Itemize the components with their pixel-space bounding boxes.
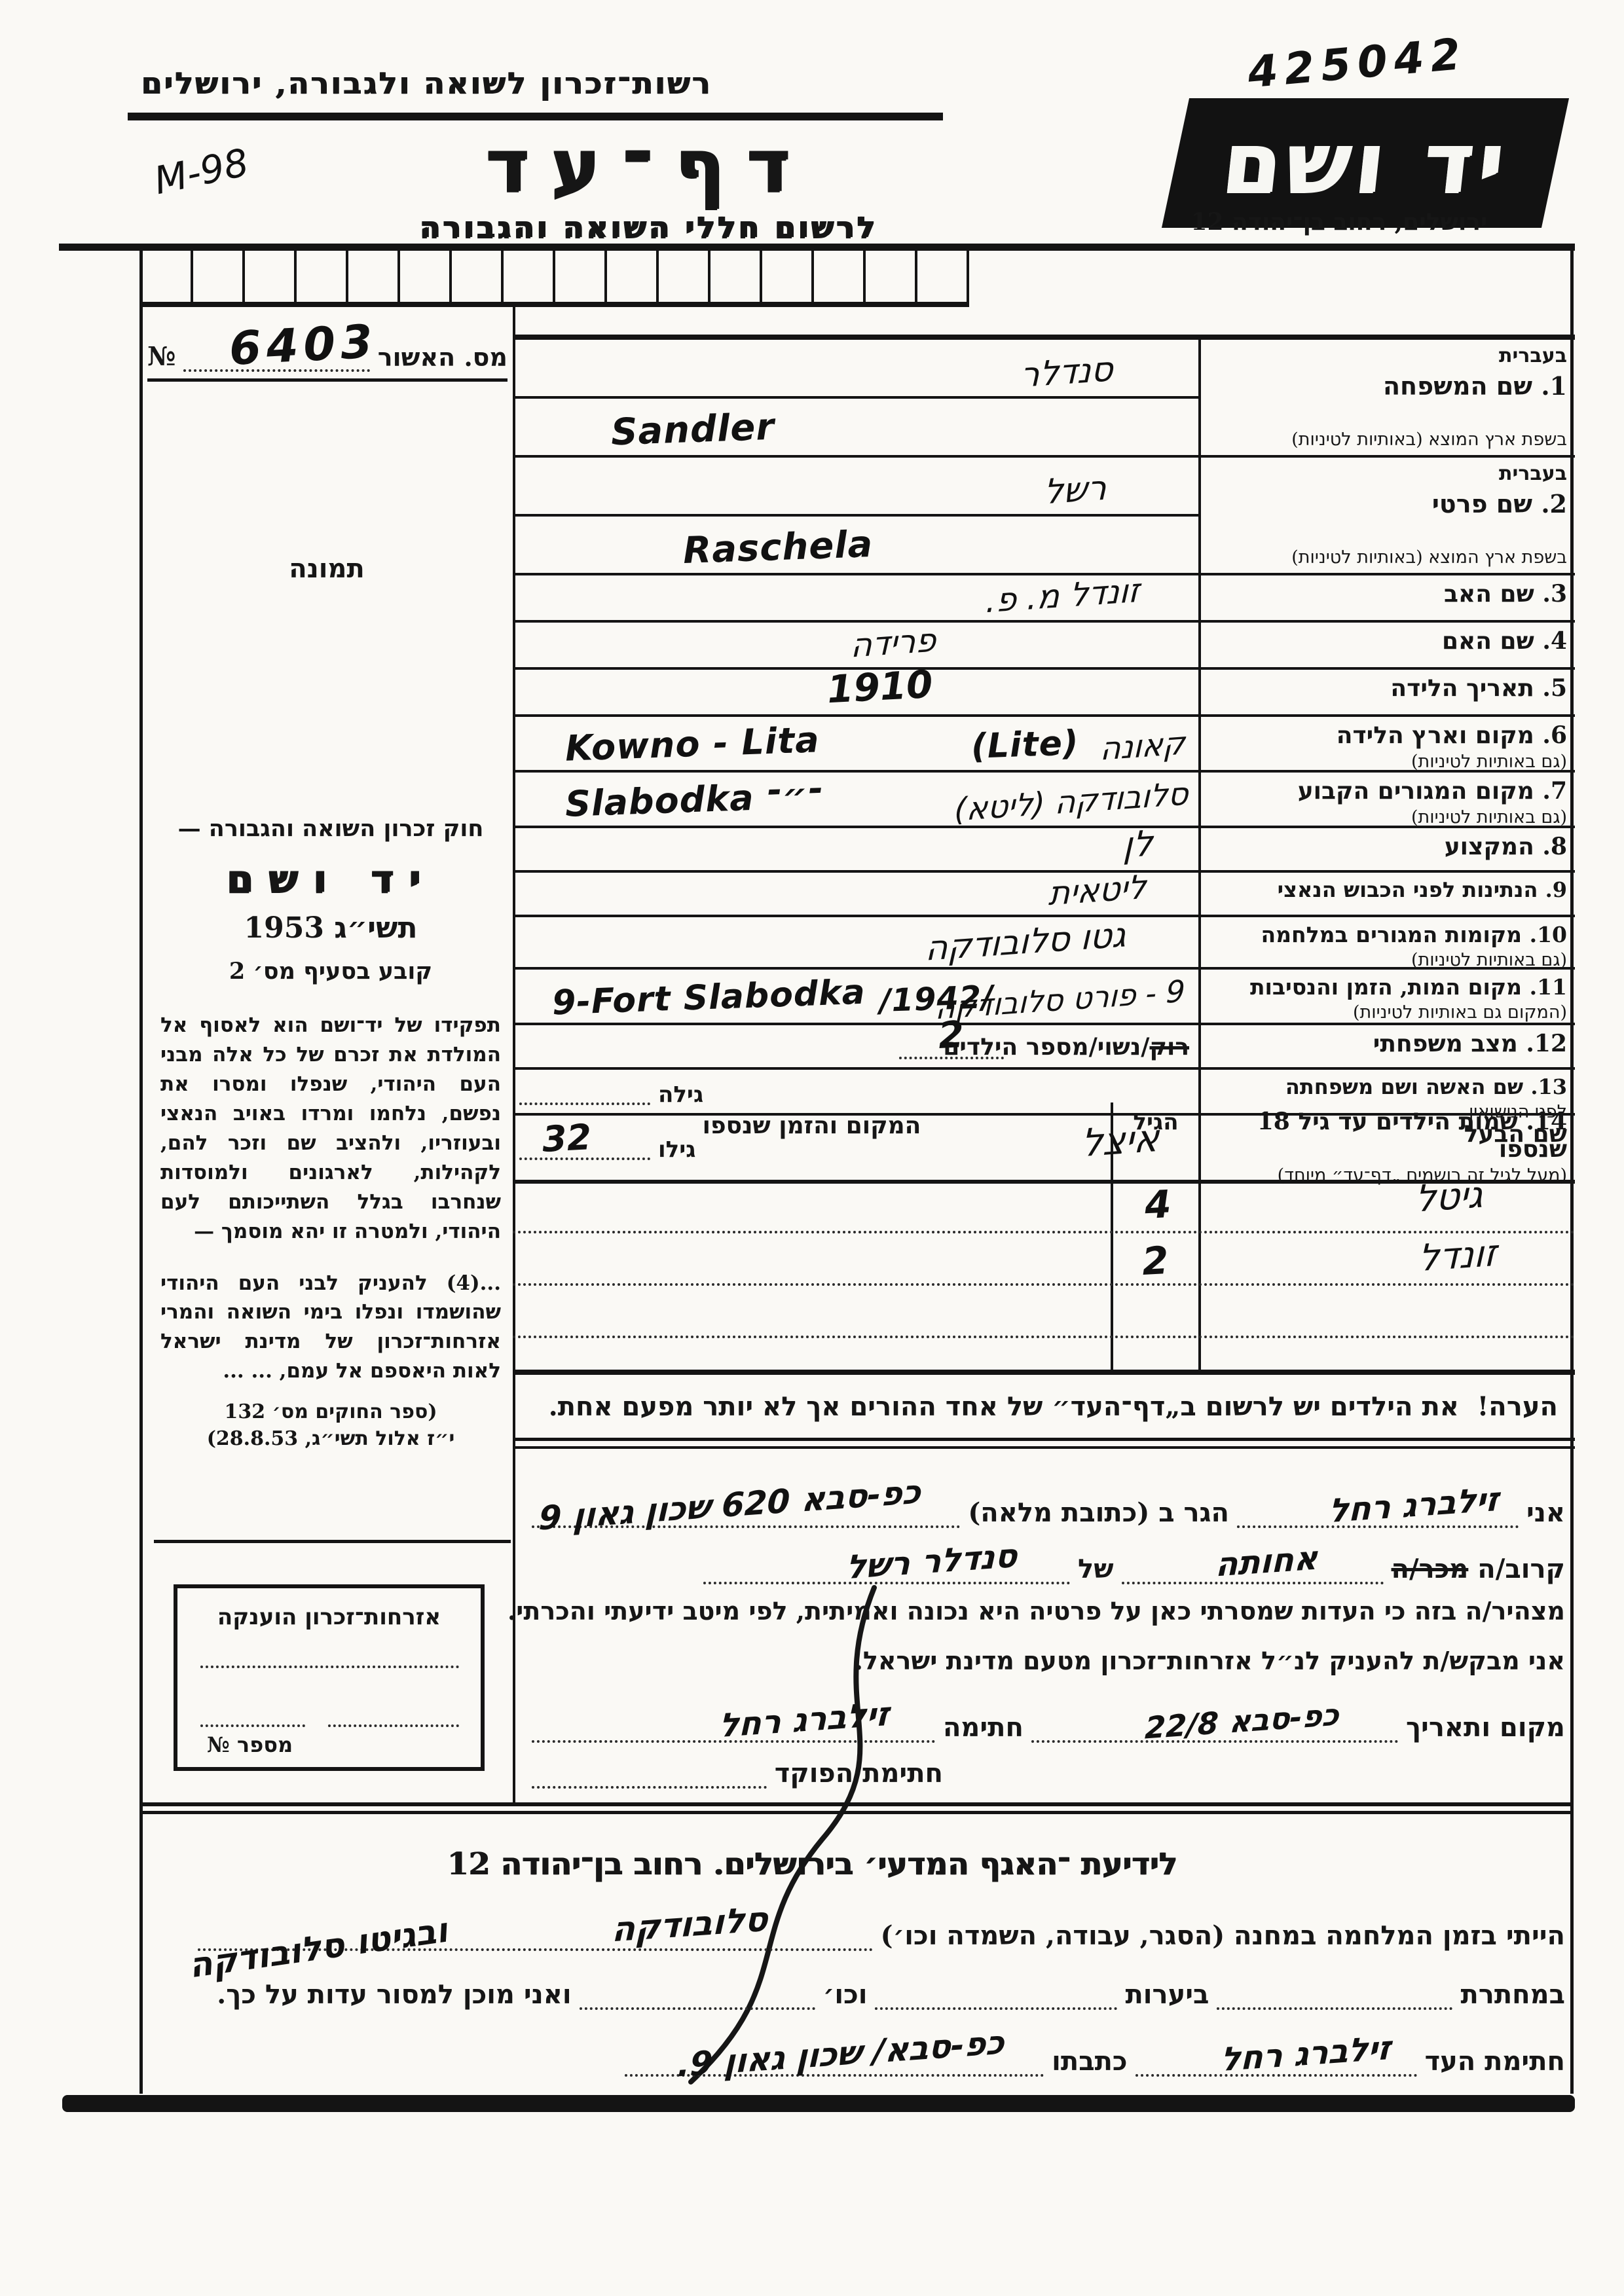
field-6-label: מקום וארץ הלידה xyxy=(1337,721,1534,749)
field-12-dotline xyxy=(899,1057,1004,1059)
law-heading-section: קובע בסעיף מס׳ 2 xyxy=(160,958,501,985)
note-row: הערה! את הילדים יש לרשום ב„דף־העד״ של אח… xyxy=(513,1375,1575,1438)
header-rule-left xyxy=(128,113,943,120)
bottom-line-underground: במחתרת ביערות וכו׳ ואני מוכן למסור עדות … xyxy=(196,1971,1565,2010)
field-6-answer-mid: (Lite) xyxy=(970,723,1080,767)
place-date-handwritten: כפ-סבא 22/8 xyxy=(1144,1697,1339,1746)
declaration-of-label: של xyxy=(1078,1554,1114,1584)
field-10-label: מקומות המגורים במלחמה xyxy=(1261,922,1522,947)
field-9-answer: ליטאית xyxy=(1048,868,1147,913)
field-9-label: הנתינות לפני הכבוש הנאצי xyxy=(1278,877,1538,902)
relation-handwritten: אחותה xyxy=(1215,1539,1318,1584)
forests-fill xyxy=(875,1975,1117,2010)
etc-fill xyxy=(580,1975,815,2010)
children-place-column-header: המקום והזמן שנספו xyxy=(513,1112,1111,1139)
approval-fill: 6403 xyxy=(183,337,369,372)
main-area-top-rule xyxy=(513,335,1575,340)
frame-left-border xyxy=(139,244,143,2094)
field-6-sublabel: (גם באותיות לטיניות) xyxy=(1205,752,1567,772)
yad-vashem-logo-text: יד ושם xyxy=(1217,114,1513,212)
field-row-birth-date: 5. תאריך הלידה 1910 xyxy=(513,670,1575,717)
field-row-profession: 8. המקצוע לן xyxy=(513,828,1575,873)
citizenship-dotline-1 xyxy=(200,1666,459,1668)
testimony-page-scan: רשות־זכרון לשואה ולגבורה, ירושלים M-98 ד… xyxy=(0,0,1624,2296)
page-title: דף־עד xyxy=(419,123,877,209)
children-row-divider-2 xyxy=(513,1283,1575,1286)
field-8-number: 8. xyxy=(1542,833,1567,860)
field-2-answer-hebrew: רשל xyxy=(1043,469,1107,513)
camp-handwritten: סלובודקה xyxy=(611,1900,768,1950)
citizenship-number-label: מספר № xyxy=(207,1732,293,1757)
declaration-i-label: אני xyxy=(1526,1497,1565,1528)
place-date-label: מקום ותאריך xyxy=(1406,1712,1565,1743)
field-11-answer-year: /1942/ xyxy=(879,979,995,1019)
witness-signature-label: חתימת העד xyxy=(1425,2046,1565,2077)
field-11-number: 11. xyxy=(1530,974,1567,1000)
bottom-double-rule-2 xyxy=(141,1811,1574,1814)
field-5-number: 5. xyxy=(1542,674,1567,702)
note-double-rule-2 xyxy=(513,1446,1575,1449)
field-row-permanent-residence: 7. מקום המגורים הקבוע (גם באותיות לטיניו… xyxy=(513,773,1575,828)
field-8-label: המקצוע xyxy=(1445,833,1534,860)
field-row-citizenship: 9. הנתינות לפני הכבוש הנאצי ליטאית xyxy=(513,873,1575,917)
field-row-birth-place: 6. מקום וארץ הלידה (גם באותיות לטיניות) … xyxy=(513,717,1575,773)
witness-name-handwritten: זילברג רחל xyxy=(1328,1480,1499,1530)
field-7-sublabel: (גם באותיות לטיניות) xyxy=(1205,807,1567,828)
field-2-number: 2. xyxy=(1541,489,1567,519)
field-1-sublabel: בשפת ארץ המוצא (באותיות לטיניות) xyxy=(1205,429,1567,450)
witness-address-bottom-handwritten: כפ-סבא/ שכון גאון 9. xyxy=(676,2023,1005,2084)
field-3-label: שם האב xyxy=(1444,580,1534,608)
field-6-answer-hebrew: קאונה xyxy=(1099,725,1185,767)
note-double-rule-1 xyxy=(513,1438,1575,1441)
field-row-mother-name: 4. שם האם פרידה xyxy=(513,623,1575,670)
field-2-lang-label: בעברית xyxy=(1205,463,1567,486)
declaration-relative-label: קרוב/ה xyxy=(1477,1554,1565,1584)
underground-label: במחתרת xyxy=(1460,1979,1565,2010)
field-2-sublabel: בשפת ארץ המוצא (באותיות לטיניות) xyxy=(1205,547,1567,568)
law-heading-yad-vashem: יד ושם xyxy=(160,856,501,901)
law-clause-paragraph: ‏...(4) להעניק לבני העם היהודי שהושמדו ו… xyxy=(160,1269,501,1387)
field-10-number: 10. xyxy=(1530,922,1567,947)
field-12-printed-struck: רוק xyxy=(1149,1033,1189,1061)
children-table-bottom-rule xyxy=(513,1370,1575,1375)
note-bold: הערה! xyxy=(1477,1391,1558,1422)
photo-label: תמונה xyxy=(141,553,513,584)
declaration-name-fill: זילברג רחל xyxy=(1237,1493,1519,1528)
law-heading-1: חוק זכרון השואה והגבורה — xyxy=(160,815,501,842)
field-6-number: 6. xyxy=(1542,721,1567,749)
field-13-number: 13. xyxy=(1530,1074,1567,1099)
field-3-number: 3. xyxy=(1542,580,1567,608)
approval-label: מס. האשור xyxy=(378,342,507,372)
field-row-family-name: בעברית 1. שם המשפחה בשפת ארץ המוצא (באות… xyxy=(513,340,1575,458)
children-row-divider-3 xyxy=(513,1336,1575,1338)
field-7-answer-latin: Slabodka ־״־ xyxy=(564,774,824,825)
child-2-age: 2 xyxy=(1141,1238,1170,1284)
law-body-paragraph: תפקידו של יד־ושם הוא לאסוף אל המולדת את … xyxy=(160,1011,501,1247)
field-2-label: שם פרטי xyxy=(1432,489,1532,519)
field-row-wartime-residence: 10. מקומות המגורים במלחמה (גם באותיות לט… xyxy=(513,917,1575,970)
field-11-sublabel: (המקום גם באותיות לטיניות) xyxy=(1205,1002,1567,1023)
field-4-answer: פרידה xyxy=(851,621,937,665)
field-3-answer: זונדל מ. פ. xyxy=(985,572,1140,621)
field-12-label: מצב משפחתי xyxy=(1373,1030,1518,1057)
field-7-label: מקום המגורים הקבוע xyxy=(1298,777,1534,805)
camp-fill: סלובודקה ובגיטו סלובודקה xyxy=(198,1916,873,1951)
field-5-answer: 1910 xyxy=(826,662,934,712)
top-rule xyxy=(59,244,1575,251)
approval-number-handwritten: 6403 xyxy=(228,314,379,376)
page-subtitle: לרשום חללי השואה והגבורה xyxy=(275,211,1022,244)
declaration-address-fill: כפ-סבא 620 שכון גאון 9 xyxy=(532,1493,960,1528)
witness-signature-fill: זילברג רחל xyxy=(1135,2041,1417,2077)
field-1-number: 1. xyxy=(1541,371,1567,401)
field-row-place-of-death: 11. מקום המות, הזמן והנסיבות (המקום גם ב… xyxy=(513,970,1575,1025)
field-13-label: שם האשה ושם משפחתה xyxy=(1285,1074,1523,1099)
law-source-line-1: (ספר החוקים מס׳ 132 xyxy=(160,1400,501,1423)
witness-address-label: כתבתו xyxy=(1052,2046,1127,2077)
citizenship-dotline-3 xyxy=(328,1724,459,1727)
child-1-age: 4 xyxy=(1143,1182,1172,1228)
serial-number-handwritten: 425042 xyxy=(1246,29,1469,98)
field-1-answer-hebrew: סנדלר xyxy=(1020,350,1114,395)
field-7-answer-hebrew: סלובודקה (ליטא) xyxy=(954,775,1189,828)
witness-address-handwritten: כפ-סבא 620 שכון גאון 9 xyxy=(538,1472,921,1537)
bottom-double-rule-1 xyxy=(141,1802,1574,1806)
form-code-handwritten: M-98 xyxy=(151,140,253,204)
approval-number-row: מס. האשור 6403 № xyxy=(147,308,507,376)
declaration-address-label: הגר ב (כתובת מלאה) xyxy=(968,1497,1229,1528)
field-12-answer: 2 xyxy=(937,1013,965,1057)
address-line: ירושלים, רחוב בן־יהודה 12 xyxy=(1113,208,1565,236)
field-12-number: 12. xyxy=(1526,1030,1567,1057)
etc-label: וכו׳ xyxy=(823,1979,868,2010)
numero-sign: № xyxy=(147,341,175,372)
children-age-column-header: הגיל xyxy=(1113,1109,1198,1135)
citizenship-dotline-2 xyxy=(200,1724,305,1727)
bottom-line-camp: הייתי בזמן המלחמה במחנה (הסגר, עבודה, הש… xyxy=(190,1900,1565,1951)
signature-label: חתימה xyxy=(943,1712,1024,1743)
children-header-rule xyxy=(513,1180,1575,1184)
citizenship-box-title: אזרחות־זכרון הוענקה xyxy=(177,1604,481,1630)
field-1-lang-label: בעברית xyxy=(1205,345,1567,368)
approval-underline xyxy=(147,378,507,382)
ruler-tick-strip xyxy=(141,251,969,302)
bottom-scan-bar xyxy=(62,2095,1575,2112)
left-column-divider-rule xyxy=(154,1540,511,1543)
children-row-divider-1 xyxy=(513,1231,1575,1233)
field-1-answer-latin: Sandler xyxy=(610,406,775,454)
note-text: את הילדים יש לרשום ב„דף־העד״ של אחד ההור… xyxy=(549,1391,1459,1422)
camp-label: הייתי בזמן המלחמה במחנה (הסגר, עבודה, הש… xyxy=(881,1920,1565,1951)
field-7-number: 7. xyxy=(1542,777,1567,805)
ruler-closing-rule xyxy=(141,302,969,307)
underground-fill xyxy=(1217,1975,1452,2010)
ready-to-testify-label: ואני מוכן למסור עדות על כך. xyxy=(217,1979,571,2010)
declaration-relation-fill: אחותה xyxy=(1122,1549,1384,1584)
children-table: 14. שמות הילדים עד גיל 18 שנספו (מעל לגי… xyxy=(513,1102,1575,1370)
witness-signature-handwritten: זילברג רחל xyxy=(1220,2029,1391,2079)
field-10-sublabel: (גם באותיות לטיניות) xyxy=(1205,950,1567,970)
bottom-line-witness-signature: חתימת העד זילברג רחל כתבתו כפ-סבא/ שכון … xyxy=(196,2024,1565,2077)
field-2-answer-latin: Raschela xyxy=(682,523,874,572)
place-date-fill: כפ-סבא 22/8 xyxy=(1031,1707,1398,1743)
field-14-label: שמות הילדים עד גיל 18 שנספו xyxy=(1257,1108,1567,1163)
citizenship-box: אזרחות־זכרון הוענקה מספר № xyxy=(174,1584,485,1771)
field-11-answer-latin: 9-Fort Slabodka xyxy=(551,973,866,1023)
field-14-number: 14. xyxy=(1526,1108,1567,1135)
law-heading-year: תשי״ג 1953 xyxy=(160,911,501,945)
field-4-number: 4. xyxy=(1542,627,1567,655)
field-row-father-name: 3. שם האב זונדל מ. פ. xyxy=(513,575,1575,623)
declaration-struck-label: מכר/ה xyxy=(1392,1554,1469,1584)
law-source-line-2: י״ז אלול תשי״ג, 28.8.53) xyxy=(160,1427,501,1450)
witness-address-fill: כפ-סבא/ שכון גאון 9. xyxy=(625,2041,1044,2077)
declaration-line-identity: אני זילברג רחל הגר ב (כתובת מלאה) כפ-סבא… xyxy=(524,1481,1565,1528)
bottom-section-title: לידיעת ־האגף המדעי׳ בירושלים. רחוב בן־יה… xyxy=(386,1846,1238,1882)
field-10-answer: גטו סלובודקה xyxy=(925,915,1127,969)
field-row-first-name: בעברית 2. שם פרטי בשפת ארץ המוצא (באותיו… xyxy=(513,458,1575,575)
field-6-answer-latin: Kowno - Lita xyxy=(564,719,821,769)
field-1-label: שם המשפחה xyxy=(1383,371,1532,401)
law-text-block: חוק זכרון השואה והגבורה — יד ושם תשי״ג 1… xyxy=(160,815,501,1450)
field-9-number: 9. xyxy=(1545,877,1567,902)
child-2-name: זונדל xyxy=(1418,1232,1497,1281)
field-5-label: תאריך הלידה xyxy=(1390,674,1534,702)
form-fields: בעברית 1. שם המשפחה בשפת ארץ המוצא (באות… xyxy=(513,340,1575,1168)
field-8-answer: לן xyxy=(1122,822,1154,866)
authority-line: רשות־זכרון לשואה ולגבורה, ירושלים xyxy=(141,65,712,101)
field-4-label: שם האם xyxy=(1442,627,1534,655)
field-11-label: מקום המות, הזמן והנסיבות xyxy=(1250,974,1522,1000)
forests-label: ביערות xyxy=(1125,1979,1209,2010)
field-row-family-status: 12. מצב משפחתי רוק/נשוי/מספר הילדים 2 xyxy=(513,1025,1575,1070)
